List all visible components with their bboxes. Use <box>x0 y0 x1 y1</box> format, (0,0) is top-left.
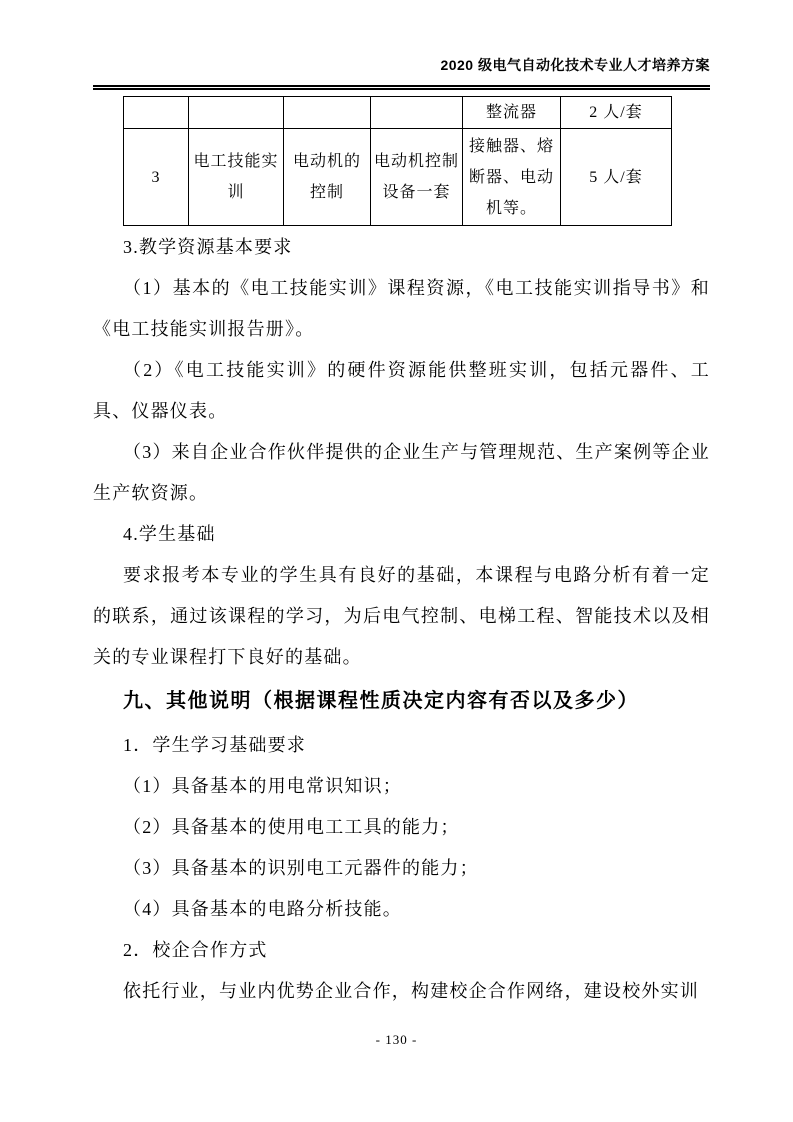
list-item-1: （1）具备基本的用电常识知识； <box>93 766 710 807</box>
equipment-table: 整流器 2 人/套 3 电工技能实训 电动机的控制 电动机控制设备一套 接触器、… <box>123 96 672 226</box>
table-cell-quota: 5 人/套 <box>561 129 672 226</box>
running-head-title: 2020 级电气自动化技术专业人才培养方案 <box>440 57 710 73</box>
table-cell: 整流器 <box>463 97 561 129</box>
paragraph-cooperation: 依托行业，与业内优势企业合作，构建校企合作网络，建设校外实训 <box>93 971 710 1012</box>
list-item-2: （2）具备基本的使用电工工具的能力； <box>93 807 710 848</box>
table-cell <box>371 97 463 129</box>
subheading-school-enterprise: 2．校企合作方式 <box>93 930 710 971</box>
table-row: 3 电工技能实训 电动机的控制 电动机控制设备一套 接触器、熔断器、电动机等。 … <box>124 129 672 226</box>
page-number-text: - 130 - <box>376 1032 418 1047</box>
paragraph-resource-1: （1）基本的《电工技能实训》课程资源，《电工技能实训指导书》和《电工技能实训报告… <box>93 268 710 350</box>
table-cell <box>189 97 284 129</box>
paragraph-resource-2: （2）《电工技能实训》的硬件资源能供整班实训，包括元器件、工具、仪器仪表。 <box>93 350 710 432</box>
table-cell <box>284 97 371 129</box>
paragraph-resource-3: （3）来自企业合作伙伴提供的企业生产与管理规范、生产案例等企业生产软资源。 <box>93 432 710 514</box>
table-cell-seq: 3 <box>124 129 189 226</box>
list-item-3: （3）具备基本的识别电工元器件的能力； <box>93 848 710 889</box>
list-item-4: （4）具备基本的电路分析技能。 <box>93 889 710 930</box>
subheading-learning-requirements: 1．学生学习基础要求 <box>93 725 710 766</box>
table-cell-course: 电工技能实训 <box>189 129 284 226</box>
subheading-student-foundation: 4.学生基础 <box>93 514 710 555</box>
table-cell-project: 电动机的控制 <box>284 129 371 226</box>
body-text: 3.教学资源基本要求 （1）基本的《电工技能实训》课程资源，《电工技能实训指导书… <box>93 227 710 1012</box>
section-heading-other-notes: 九、其他说明（根据课程性质决定内容有否以及多少） <box>93 678 710 725</box>
paragraph-student-foundation: 要求报考本专业的学生具有良好的基础，本课程与电路分析有着一定的联系，通过该课程的… <box>93 555 710 678</box>
table-cell-components: 接触器、熔断器、电动机等。 <box>463 129 561 226</box>
subheading-teaching-resources: 3.教学资源基本要求 <box>93 227 710 268</box>
content-area: 2020 级电气自动化技术专业人才培养方案 整流器 2 人/套 3 电工技能实 <box>93 0 710 1012</box>
table-cell: 2 人/套 <box>561 97 672 129</box>
table-row: 整流器 2 人/套 <box>124 97 672 129</box>
page-number: - 130 - <box>0 1032 793 1048</box>
table-cell <box>124 97 189 129</box>
table-cell-equipment: 电动机控制设备一套 <box>371 129 463 226</box>
running-head: 2020 级电气自动化技术专业人才培养方案 <box>93 57 710 90</box>
document-page: 2020 级电气自动化技术专业人才培养方案 整流器 2 人/套 3 电工技能实 <box>0 0 793 1122</box>
